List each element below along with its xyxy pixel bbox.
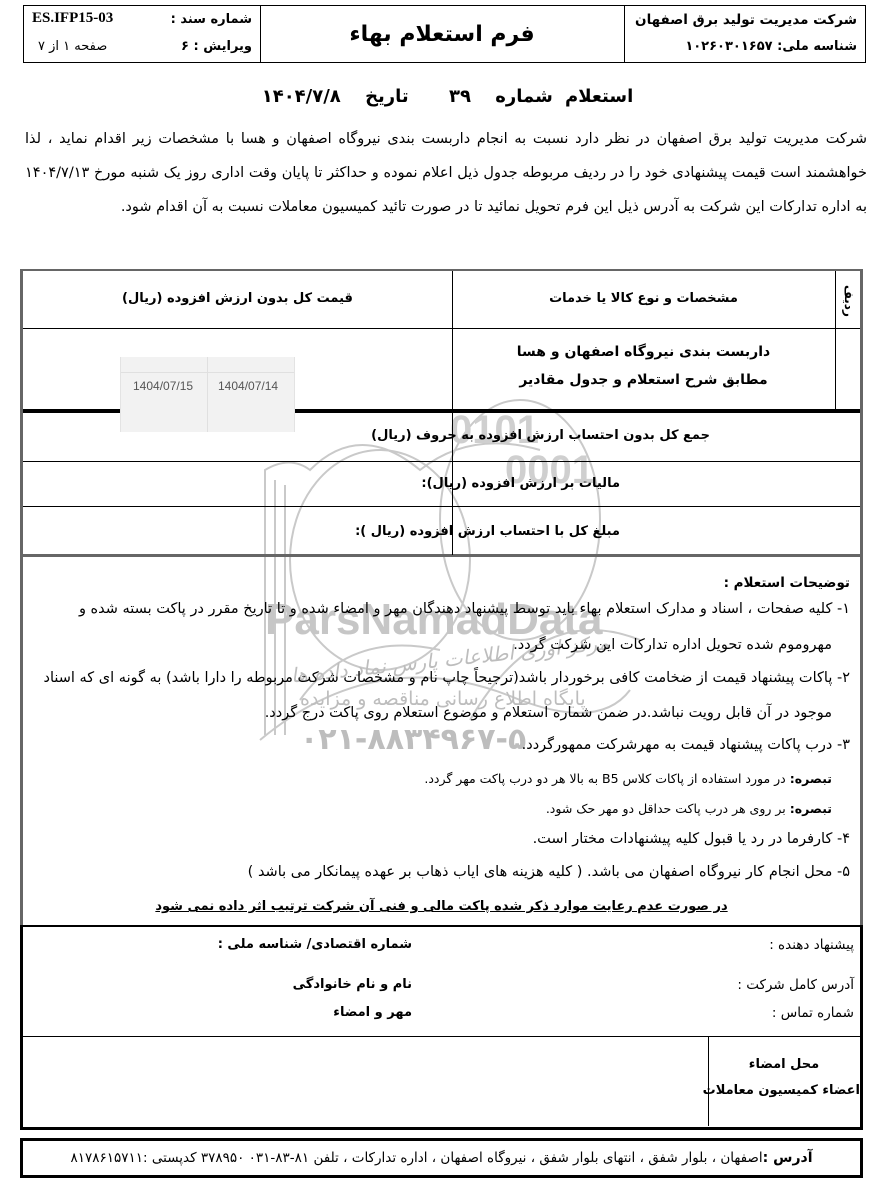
revision-value: ۶ [181,39,189,54]
date-overlay-date-2: 1404/07/14 [218,379,278,393]
date-overlay-date-1: 1404/07/15 [133,379,193,393]
note-item-1-cont: مهروموم شده تحویل اداره تدارکات این شرکت… [513,637,832,653]
intro-paragraph: شرکت مدیریت تولید برق اصفهان در نظر دارد… [25,122,867,224]
fullname-label: نام و نام خانوادگی [293,977,412,992]
doc-meta-cell: شماره سند : ES.IFP15-03 ویرایش : ۶ صفحه … [24,6,261,62]
form-title-cell: فرم استعلام بهاء [260,6,625,62]
form-title: فرم استعلام بهاء [349,22,534,47]
revision-label: ویرایش : [194,39,253,54]
address-label: آدرس کامل شرکت : [737,977,854,993]
footer-address: آدرس : اصفهان ، بلوار شفق ، انتهای بلوار… [20,1138,863,1178]
phone-label: شماره تماس : [772,1005,854,1021]
doc-number: ES.IFP15-03 [32,10,113,27]
sign-column-divider [708,1036,709,1126]
note-seal-label: تبصره: [790,801,832,816]
committee-signature-area[interactable] [23,1037,707,1126]
note-item-4: ۴- کارفرما در رد یا قبول کلیه پیشنهادات … [533,831,850,847]
column-header-row: ردیف [842,285,856,317]
column-divider [452,271,453,555]
footer-address-label: آدرس : [763,1150,813,1166]
header-row-divider-right [452,328,860,329]
note-item-5: ۵- محل انجام کار نیروگاه اصفهان می باشد.… [248,864,850,880]
row-number-column-divider [835,271,836,411]
vat-value[interactable] [23,463,452,506]
note-b5-text: در مورد استفاده از پاکات کلاس B5 به بالا… [424,771,789,786]
inquiry-number: ۳۹ [449,86,471,107]
footer-address-text: اصفهان ، بلوار شفق ، انتهای بلوار شفق ، … [71,1150,763,1166]
grand-total-value[interactable] [23,508,452,554]
economic-id-label: شماره اقتصادی/ شناسه ملی : [218,937,412,952]
document-header: شماره سند : ES.IFP15-03 ویرایش : ۶ صفحه … [23,5,866,63]
inquiry-number-label: استعلام شماره [495,86,633,107]
bidder-section: پیشنهاد دهنده : شماره اقتصادی/ شناسه ملی… [20,925,863,1130]
note-item-3: ۳- درب پاکات پیشنهاد قیمت به مهرشرکت ممه… [522,737,850,753]
notes-section: توضیحات استعلام : ۱- کلیه صفحات ، اسناد … [20,555,863,925]
note-item-1: ۱- کلیه صفحات ، اسناد و مدارک استعلام به… [79,601,850,617]
note-seal-clause: تبصره: بر روی هر درب پاکت حداقل دو مهر ح… [546,801,832,816]
national-id-label: شناسه ملی: [777,39,857,54]
national-id-value: ۱۰۲۶۰۳۰۱۶۵۷ [685,39,772,54]
page-indicator: صفحه ۱ از ۷ [38,39,107,54]
totals-divider-2 [23,506,860,507]
note-b5-clause: تبصره: در مورد استفاده از پاکات کلاس B5 … [424,771,832,786]
notes-title: توضیحات استعلام : [724,575,850,591]
stamp-signature-label: مهر و امضاء [333,1005,412,1020]
note-item-2: ۲- پاکات پیشنهاد قیمت از ضخامت کافی برخو… [43,670,850,686]
company-cell: شرکت مدیریت تولید برق اصفهان شناسه ملی: … [624,6,865,62]
column-header-price: قیمت کل بدون ارزش افزوده (ریال) [23,291,452,306]
note-seal-text: بر روی هر درب پاکت حداقل دو مهر حک شود. [546,801,790,816]
item-description-line-1: داربست بندی نیروگاه اصفهان و هسا [452,344,835,360]
note-b5-label: تبصره: [790,771,832,786]
item-description-line-2: مطابق شرح استعلام و جدول مقادیر [452,372,835,388]
totals-divider-1 [23,461,860,462]
inquiry-date-label: تاریخ [365,86,409,107]
bidder-label: پیشنهاد دهنده : [769,937,854,953]
inquiry-title: استعلام شماره ۳۹ تاریخ ۱۴۰۴/۷/۸ [0,86,895,107]
column-header-description: مشخصات و نوع کالا یا خدمات [452,291,835,306]
date-overlay: 1404/07/15 1404/07/14 [120,357,295,432]
inquiry-date: ۱۴۰۴/۷/۸ [262,86,341,107]
note-item-2-cont: موجود در آن قابل رویت نباشد.در ضمن شماره… [265,705,832,721]
sign-place-label: محل امضاء [708,1057,860,1072]
committee-label: اعضاء کمیسیون معاملات [708,1083,860,1098]
warning-text: در صورت عدم رعایت موارد ذکر شده پاکت مال… [155,899,727,914]
doc-number-label: شماره سند : [171,12,252,27]
company-name: شرکت مدیریت تولید برق اصفهان [635,12,857,28]
